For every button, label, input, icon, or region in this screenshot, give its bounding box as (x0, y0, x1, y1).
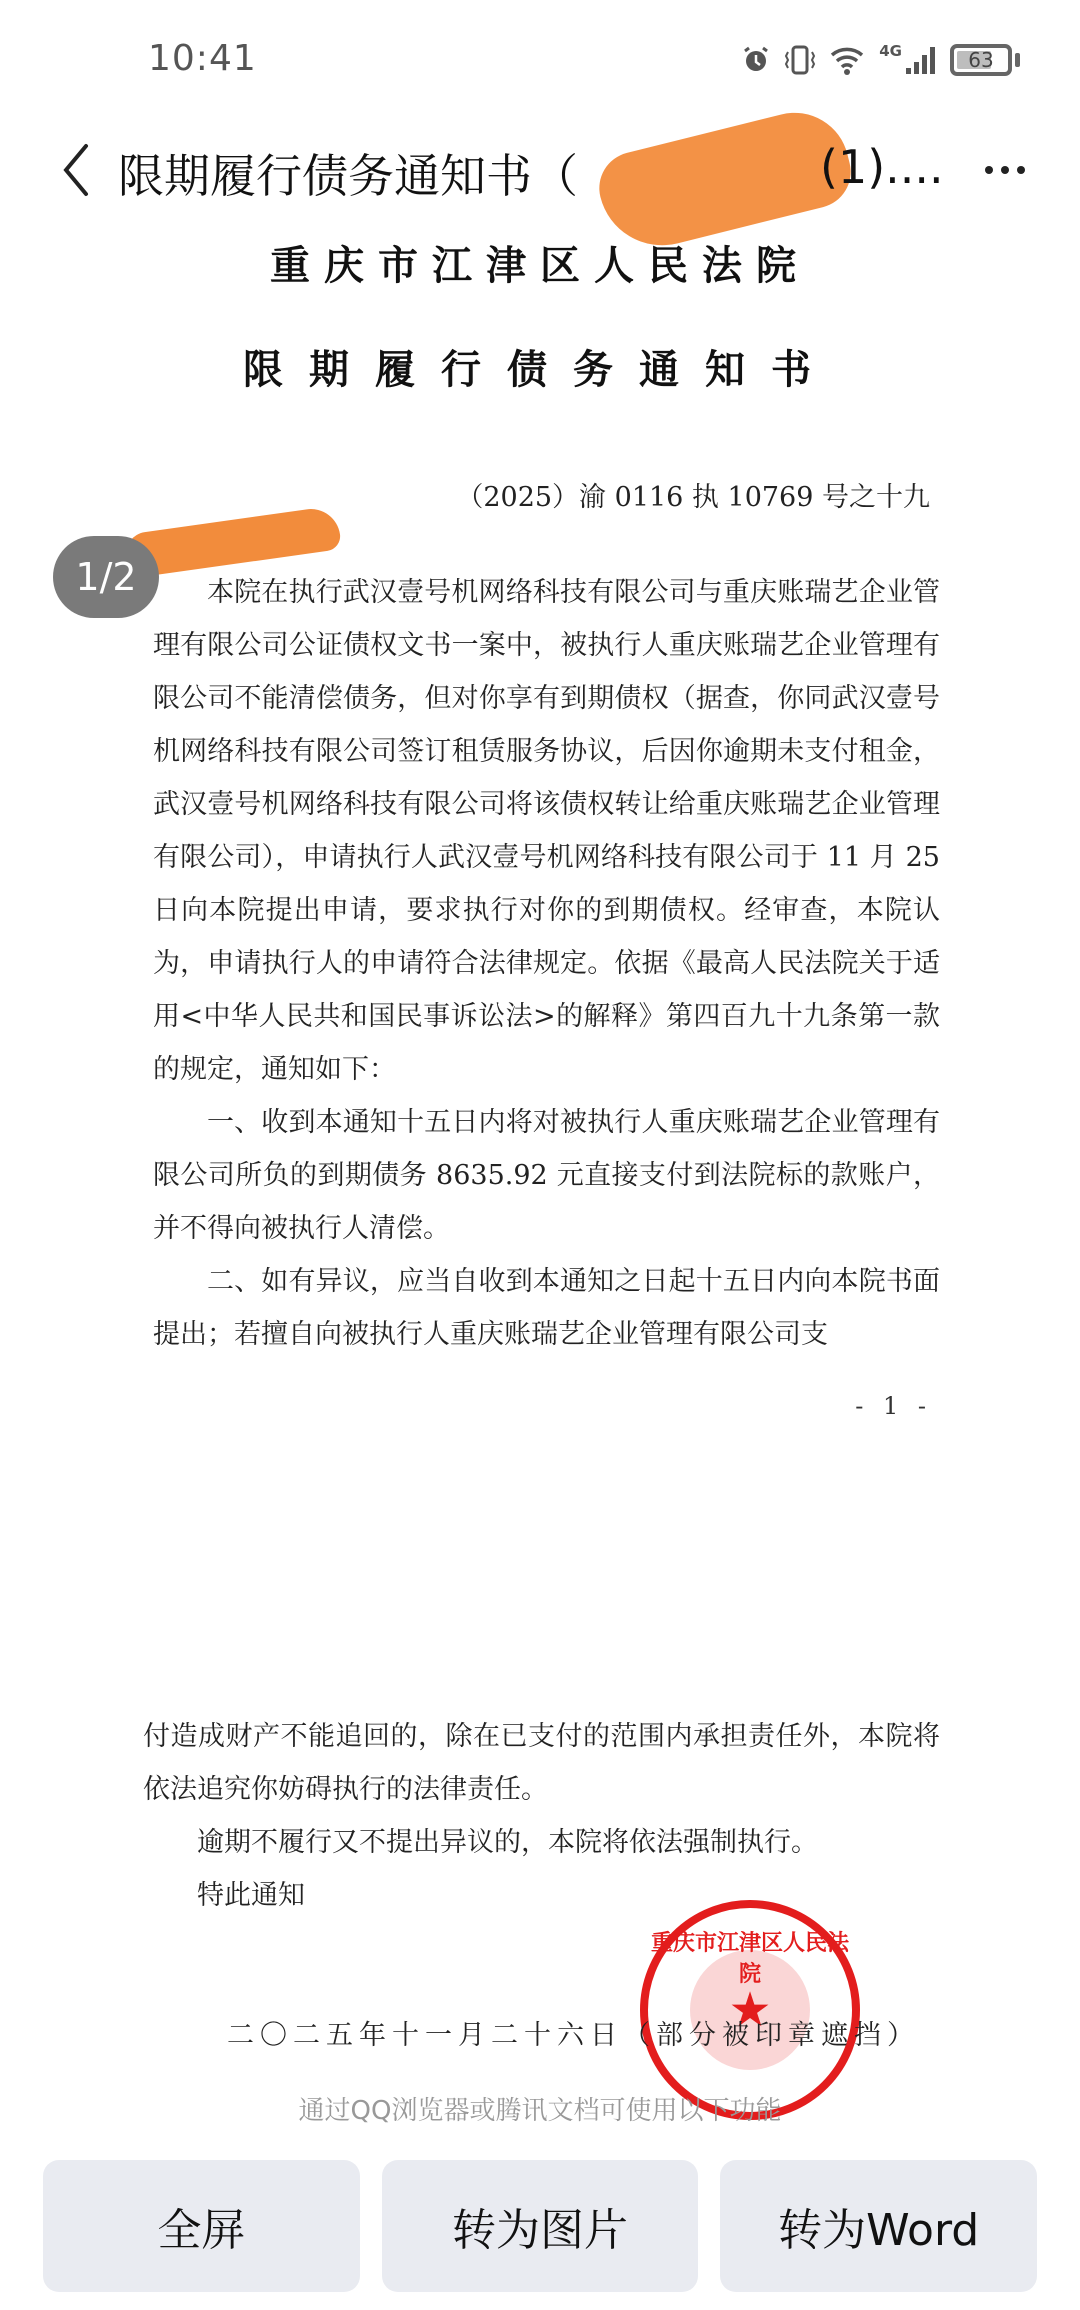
signing-date: 二〇二五年十一月二十六日（部分被印章遮挡） (227, 2013, 920, 2052)
more-button[interactable] (970, 148, 1040, 192)
convert-to-image-button[interactable]: 转为图片 (382, 2160, 699, 2292)
battery-level: 63 (968, 48, 993, 72)
back-button[interactable] (50, 138, 100, 202)
paragraph: 一、收到本通知十五日内将对被执行人重庆账瑞艺企业管理有限公司所负的到期债务 86… (153, 1096, 940, 1255)
network-type-label: 4G (879, 42, 902, 60)
more-horizontal-icon (985, 166, 993, 174)
notice-title: 限期履行债务通知书 (0, 338, 1080, 395)
fullscreen-button[interactable]: 全屏 (43, 2160, 360, 2292)
chevron-left-icon (60, 142, 90, 198)
paragraph: 逾期不履行又不提出异议的，本院将依法强制执行。 (143, 1816, 940, 1869)
case-number: （2025）渝 0116 执 10769 号之十九 (456, 475, 930, 514)
notice-body-page1: 本院在执行武汉壹号机网络科技有限公司与重庆账瑞艺企业管理有限公司公证债权文书一案… (153, 566, 940, 1361)
paragraph: 特此通知 (143, 1869, 940, 1922)
document-title: 限期履行债务通知书（ (118, 140, 578, 206)
status-icons: 4G 63 (741, 42, 1020, 78)
status-bar: 10:41 4G 63 (0, 0, 1080, 110)
court-name: 重庆市江津区人民法院 (0, 234, 1080, 291)
court-seal-placeholder: 重庆市江津区人民法院 ★ (640, 1900, 860, 2120)
document-title-suffix: (1).... (820, 140, 944, 194)
status-time: 10:41 (148, 38, 257, 79)
vibrate-icon (783, 42, 817, 78)
feature-hint: 通过QQ浏览器或腾讯文档可使用以下功能 (0, 2090, 1080, 2127)
signal-icon: 4G (879, 42, 938, 78)
page-number: - 1 - (855, 1392, 932, 1420)
action-bar: 全屏 转为图片 转为Word (43, 2160, 1037, 2292)
title-bar: 限期履行债务通知书（ (1).... (0, 120, 1080, 220)
paragraph: 付造成财产不能追回的，除在已支付的范围内承担责任外，本院将依法追究你妨碍执行的法… (143, 1710, 940, 1816)
alarm-icon (741, 42, 771, 78)
paragraph: 二、如有异议，应当自收到本通知之日起十五日内向本院书面提出；若擅自向被执行人重庆… (153, 1255, 940, 1361)
battery-icon: 63 (950, 42, 1020, 78)
convert-to-word-button[interactable]: 转为Word (720, 2160, 1037, 2292)
notice-body-page2: 付造成财产不能追回的，除在已支付的范围内承担责任外，本院将依法追究你妨碍执行的法… (143, 1710, 940, 1922)
wifi-icon (829, 42, 867, 78)
seal-text: 重庆市江津区人民法院 (648, 1926, 852, 1988)
paragraph: 本院在执行武汉壹号机网络科技有限公司与重庆账瑞艺企业管理有限公司公证债权文书一案… (153, 566, 940, 1096)
page-indicator: 1/2 (53, 536, 159, 618)
